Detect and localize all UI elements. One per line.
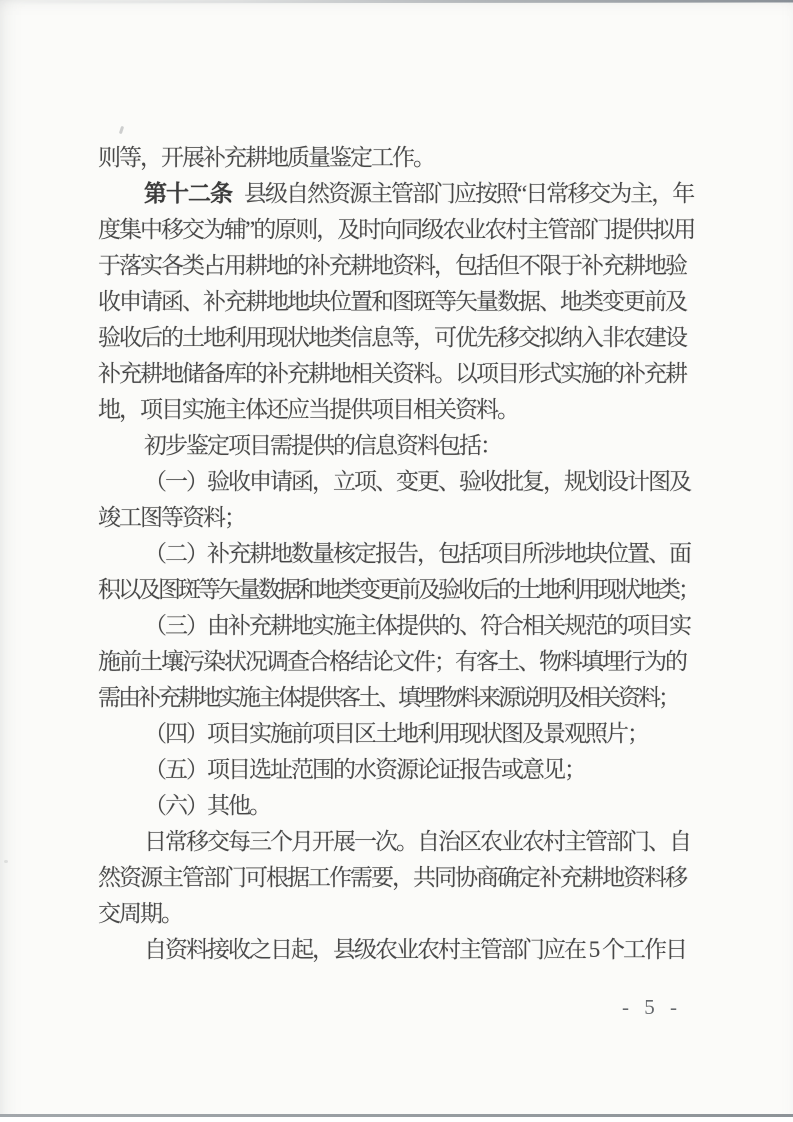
line-text: 度集中移交为辅”的原则，及时向同级农业农村主管部门提供拟用 [98, 217, 694, 242]
line-text: 需由补充耕地实施主体提供客土、填埋物料来源说明及相关资料； [98, 685, 678, 710]
text-line list-item-1: （一）验收申请函，立项、变更、验收批复，规划设计图及 [98, 464, 710, 500]
scan-edge-bottom-margin [0, 1117, 793, 1122]
line-text: 然资源主管部门可根据工作需要，共同协商确定补充耕地资料移 [98, 865, 686, 890]
line-text: 竣工图等资料； [98, 505, 245, 530]
text-line: 验收后的土地利用现状地类信息等，可优先移交拟纳入非农建设 [98, 320, 710, 356]
line-text: 交周期。 [98, 901, 182, 926]
line-text: 积以及图斑等矢量数据和地类变更前及验收后的土地利用现状地类； [98, 577, 698, 602]
line-text: 则等，开展补充耕地质量鉴定工作。 [98, 145, 434, 170]
text-line list-item-3: （三）由补充耕地实施主体提供的、符合相关规范的项目实 [98, 608, 710, 644]
line-text: 自资料接收之日起，县级农业农村主管部门应在 5 个工作日 [144, 937, 686, 962]
line-text: 日常移交每三个月开展一次。自治区农业农村主管部门、自 [144, 829, 690, 854]
line-text: （六）其他。 [144, 793, 270, 818]
scanned-document-page: 则等，开展补充耕地质量鉴定工作。 第十二条县级自然资源主管部门应按照“日常移交为… [0, 0, 793, 1122]
scan-speck [4, 860, 8, 863]
text-line: 竣工图等资料； [98, 500, 710, 536]
text-line: 日常移交每三个月开展一次。自治区农业农村主管部门、自 [98, 824, 710, 860]
article-number: 第十二条 [144, 181, 232, 206]
document-body: 则等，开展补充耕地质量鉴定工作。 第十二条县级自然资源主管部门应按照“日常移交为… [98, 140, 710, 968]
line-text: （二）补充耕地数量核定报告，包括项目所涉地块位置、面 [144, 541, 690, 566]
text-line: 积以及图斑等矢量数据和地类变更前及验收后的土地利用现状地类； [98, 572, 710, 608]
text-line list-item-6: （六）其他。 [98, 788, 710, 824]
line-text: （五）项目选址范围的水资源论证报告或意见； [144, 757, 585, 782]
line-text: 施前土壤污染状况调查合格结论文件；有客土、物料填埋行为的 [98, 649, 686, 674]
line-text: （四）项目实施前项目区土地利用现状图及景观照片； [144, 721, 648, 746]
text-line: 自资料接收之日起，县级农业农村主管部门应在 5 个工作日 [98, 932, 710, 968]
text-line: 交周期。 [98, 896, 710, 932]
text-line: 地，项目实施主体还应当提供项目相关资料。 [98, 392, 710, 428]
line-text: 收申请函、补充耕地地块位置和图斑等矢量数据、地类变更前及 [98, 289, 686, 314]
text-line: 补充耕地储备库的补充耕地相关资料。以项目形式实施的补充耕 [98, 356, 710, 392]
scan-speck [119, 126, 124, 135]
text-line: 施前土壤污染状况调查合格结论文件；有客土、物料填埋行为的 [98, 644, 710, 680]
text-line: 然资源主管部门可根据工作需要，共同协商确定补充耕地资料移 [98, 860, 710, 896]
text-line: 第十二条县级自然资源主管部门应按照“日常移交为主，年 [98, 176, 710, 212]
text-line: 需由补充耕地实施主体提供客土、填埋物料来源说明及相关资料； [98, 680, 710, 716]
line-text: （一）验收申请函，立项、变更、验收批复，规划设计图及 [144, 469, 690, 494]
text-line list-item-2: （二）补充耕地数量核定报告，包括项目所涉地块位置、面 [98, 536, 710, 572]
text-line list-item-4: （四）项目实施前项目区土地利用现状图及景观照片； [98, 716, 710, 752]
line-text: 地，项目实施主体还应当提供项目相关资料。 [98, 397, 518, 422]
line-text: 补充耕地储备库的补充耕地相关资料。以项目形式实施的补充耕 [98, 361, 686, 386]
text-line: 初步鉴定项目需提供的信息资料包括： [98, 428, 710, 464]
line-text: 验收后的土地利用现状地类信息等，可优先移交拟纳入非农建设 [98, 325, 686, 350]
page-number: - 5 - [622, 995, 679, 1019]
scan-edge-top [0, 0, 793, 3]
line-text: 于落实各类占用耕地的补充耕地资料，包括但不限于补充耕地验 [98, 253, 686, 278]
line-text: 初步鉴定项目需提供的信息资料包括： [144, 433, 501, 458]
text-line: 收申请函、补充耕地地块位置和图斑等矢量数据、地类变更前及 [98, 284, 710, 320]
text-line: 度集中移交为辅”的原则，及时向同级农业农村主管部门提供拟用 [98, 212, 710, 248]
line-text: 县级自然资源主管部门应按照“日常移交为主，年 [244, 181, 693, 206]
text-line list-item-5: （五）项目选址范围的水资源论证报告或意见； [98, 752, 710, 788]
text-line: 则等，开展补充耕地质量鉴定工作。 [98, 140, 710, 176]
text-line: 于落实各类占用耕地的补充耕地资料，包括但不限于补充耕地验 [98, 248, 710, 284]
line-text: （三）由补充耕地实施主体提供的、符合相关规范的项目实 [144, 613, 690, 638]
